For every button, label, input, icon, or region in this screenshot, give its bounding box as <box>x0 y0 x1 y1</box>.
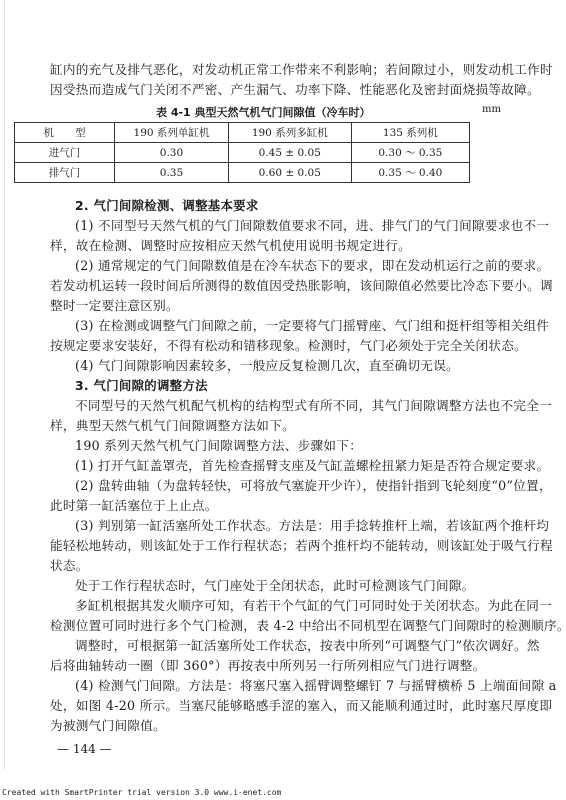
section-2-heading: 2. 气门间隙检测、调整基本要求 <box>50 196 532 216</box>
table-cell: 0.30 <box>115 143 229 163</box>
paragraph-line: 处，如图 4-20 所示。当塞尺能够略感手涩的塞入，而又能顺利通过时，此时塞尺厚… <box>50 696 532 716</box>
paragraph-line: (1) 打开气缸盖罩壳，首先检查摇臂支座及气缸盖螺栓扭紧力矩是否符合规定要求。 <box>50 456 532 476</box>
paragraph-line: 按规定要求安装好，不得有松动和错移现象。检测时，气门必须处于完全关闭状态。 <box>50 336 532 356</box>
paragraph-line: (4) 检测气门间隙。方法是：将塞尺塞入摇臂调整螺钉 7 与摇臂横桥 5 上端面… <box>50 676 532 696</box>
paragraph-line: 调整时，可根据第一缸活塞所处工作状态，按表中所列“可调整气门”依次调好。然 <box>50 636 532 656</box>
table-header-cell: 135 系列机 <box>351 123 469 143</box>
table-cell: 0.35 <box>115 163 229 183</box>
paragraph-line: (3) 判别第一缸活塞所处工作状态。方法是：用手捻转推杆上端，若该缸两个推杆均 <box>50 516 532 536</box>
table-header-cell: 190 系列单缸机 <box>115 123 229 143</box>
table-cell: 0.45 ± 0.05 <box>228 143 351 163</box>
table-cell: 0.30 ～ 0.35 <box>351 143 469 163</box>
paragraph-line: (1) 不同型号天然气机的气门间隙数值要求不同，进、排气门的气门间隙要求也不一 <box>50 216 532 236</box>
section-3-heading: 3. 气门间隙的调整方法 <box>50 376 532 396</box>
paragraph-line: (4) 气门间隙影响因素较多，一般应反复检测几次，直至确切无误。 <box>50 356 532 376</box>
table-header-row: 机 型 190 系列单缸机 190 系列多缸机 135 系列机 <box>15 123 470 143</box>
paragraph-line: 此时第一缸活塞位于上止点。 <box>50 496 532 516</box>
paragraph-line: 检测位置可同时进行多个气门检测，表 4-2 中给出不同机型在调整气门间隙时的检测… <box>50 616 532 636</box>
table-cell: 进气门 <box>15 143 115 163</box>
paragraph-line: 样，故在检测、调整时应按相应天然气机使用说明书规定进行。 <box>50 236 532 256</box>
paragraph-line: 不同型号的天然气机配气机构的结构型式有所不同，其气门间隙调整方法也不完全一 <box>50 396 532 416</box>
page-edge-line <box>4 0 5 770</box>
paragraph-line: 后将曲轴转动一圈（即 360°）再按表中所列另一行所列相应气门进行调整。 <box>50 656 532 676</box>
paragraph-line: 为被测气门间隙值。 <box>50 716 532 736</box>
paragraph-line: (2) 通常规定的气门间隙数值是在冷车状态下的要求，即在发动机运行之前的要求。 <box>50 256 532 276</box>
paragraph-line: 多缸机根据其发火顺序可知，有若干个气缸的气门可同时处于关闭状态。为此在同一 <box>50 596 532 616</box>
paragraph-line: (2) 盘转曲轴（为盘转轻快，可将放气塞旋开少许），使指针指到飞轮刻度“0”位置… <box>50 476 532 496</box>
paragraph-line: 190 系列天然气机气门间隙调整方法、步骤如下： <box>50 436 532 456</box>
table-cell: 0.35 ～ 0.40 <box>351 163 469 183</box>
page-number: — 144 — <box>57 742 112 756</box>
table-header-cell: 机 型 <box>15 123 115 143</box>
table-header-cell: 190 系列多缸机 <box>228 123 351 143</box>
paragraph-line: 样，典型天然气机气门间隙调整方法如下。 <box>50 416 532 436</box>
paragraph-line: 整时一定要注意区别。 <box>50 296 532 316</box>
table-cell: 排气门 <box>15 163 115 183</box>
table-cell: 0.60 ± 0.05 <box>228 163 351 183</box>
table-unit: mm <box>482 104 501 115</box>
paragraph-line: 若发动机运转一段时间后所测得的数值因受热胀影响，该间隙值必然要比冷态下要小。调 <box>50 276 532 296</box>
intro-line-1: 缸内的充气及排气恶化，对发动机正常工作带来不利影响；若间隙过小，则发动机工作时 <box>50 60 532 80</box>
paragraph-line: 处于工作行程状态时，气门座处于全闭状态，此时可检测该气门间隙。 <box>50 576 532 596</box>
table-title: 表 4-1 典型天然气机气门间隙值（冷车时） <box>156 104 371 120</box>
paragraph-line: 能轻松地转动，则该缸处于工作行程状态；若两个推杆均不能转动，则该缸处于吸气行程 <box>50 536 532 556</box>
paragraph-line: (3) 在检测或调整气门间隙之前，一定要将气门摇臂座、气门组和挺杆组等相关组件 <box>50 316 532 336</box>
table-row: 进气门 0.30 0.45 ± 0.05 0.30 ～ 0.35 <box>15 143 470 163</box>
paragraph-line: 状态。 <box>50 556 532 576</box>
table-row: 排气门 0.35 0.60 ± 0.05 0.35 ～ 0.40 <box>15 163 470 183</box>
intro-line-2: 因受热而造成气门关闭不严密、产生漏气、功率下降、性能恶化及密封面烧损等故障。 <box>50 80 532 100</box>
watermark-text: Created with SmartPrinter trial version … <box>2 788 281 797</box>
valve-clearance-table: 机 型 190 系列单缸机 190 系列多缸机 135 系列机 进气门 0.30… <box>14 122 470 183</box>
